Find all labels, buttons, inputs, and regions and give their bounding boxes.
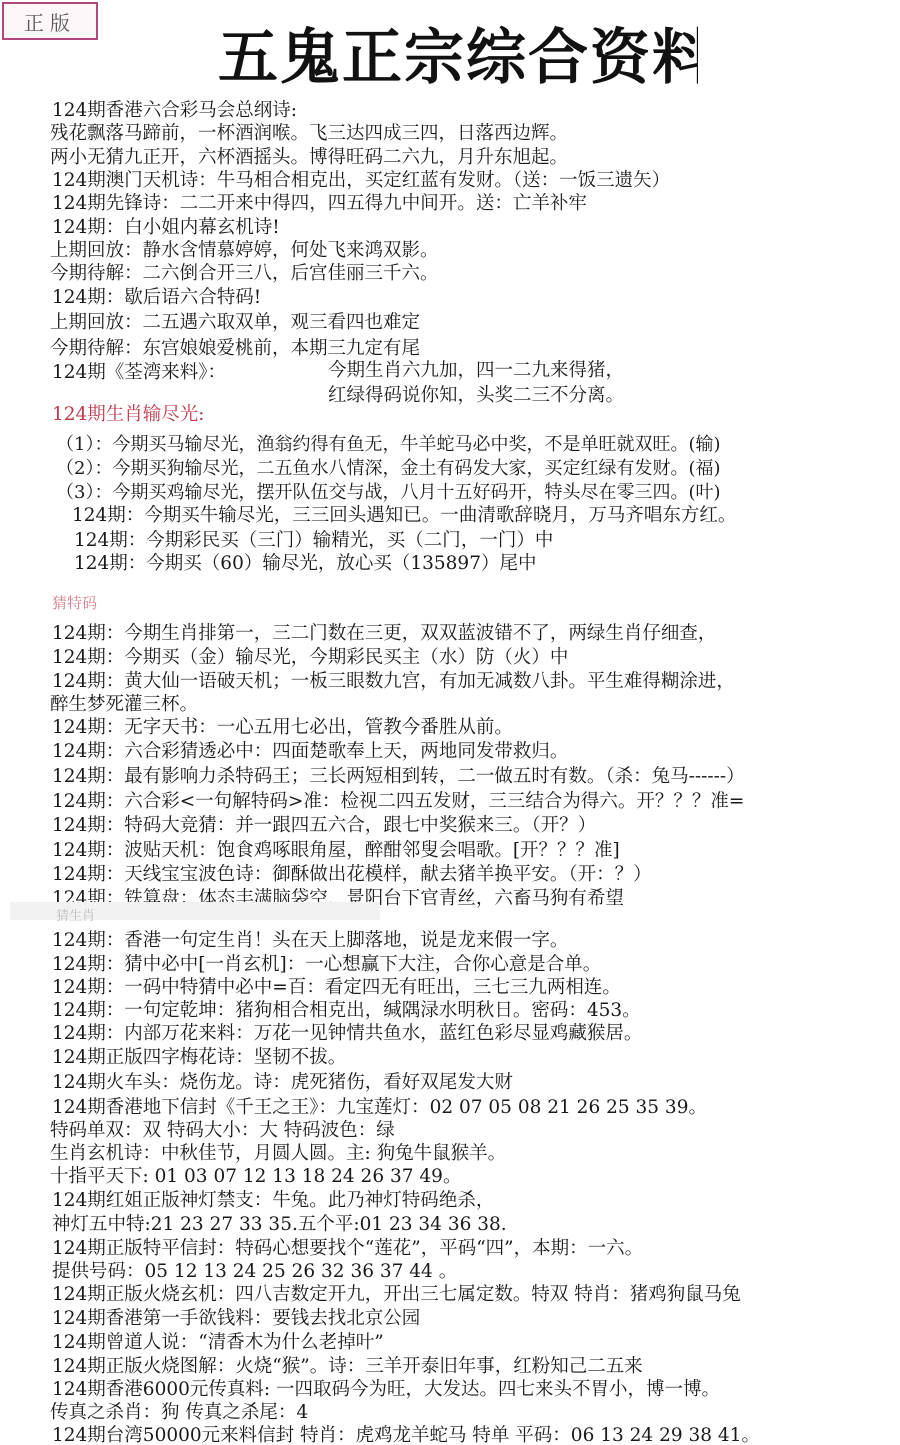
text-line: 传真之杀肖：狗 传真之杀尾：4 [50,1402,308,1424]
text-line: （1）：今期买马输尽光，渔翁约得有鱼无，牛羊蛇马必中奖，不是单旺就双旺。(输) [56,434,721,456]
text-line: 124期红姐正版神灯禁支：牛兔。此乃神灯特码绝杀， [52,1190,494,1212]
text-line: 124期曾道人说：“清香木为什么老掉叶” [52,1332,384,1354]
text-line: 124期：特码大竞猜：并一跟四五六合，跟七中奖猴来三。（开？） [52,815,596,837]
text-line: 124期澳门天机诗：牛马相合相克出，买定红蓝有发财。（送：一饭三遗矢） [52,170,670,192]
text-line: 124期：今期彩民买（三门）输精光，买（二门，一门）中 [74,530,553,552]
text-line: 124期先锋诗：二二开来中得四，四五得九中间开。送：亡羊补牢 [52,193,587,215]
text-line: 124期：六合彩<一句解特码>准：检视二四五发财，三三结合为得六。开？？？准= [52,791,744,813]
text-line: 124期：黄大仙一语破天机；一板三眼数九宫，有加无减数八卦。平生难得糊涂进， [52,671,735,693]
text-line: （3）：今期买鸡输尽光，摆开队伍交与战，八月十五好码开，特头尽在零三四。(叶) [56,482,721,504]
text-line: 124期香港六合彩马会总纲诗: [52,100,297,122]
text-line: 124期香港6000元传真料: 一四取码今为旺，大发达。四七来头不胃小，博一博。 [52,1379,720,1401]
text-line: 124期香港地下信封《千王之王》：九宝莲灯：02 07 05 08 21 26 … [52,1097,707,1119]
text-line: 124期火车头：烧伤龙。诗：虎死猪伤，看好双尾发大财 [52,1072,513,1094]
section-header: 猜生肖 [56,906,95,928]
section-header: 124期生肖输尽光: [52,404,205,426]
text-line: 124期：猜中必中[一肖玄机]：一心想赢下大注，合你心意是合单。 [52,954,601,976]
text-line: 124期：一码中特猜中必中=百：看定四无有旺出，三七三九两相连。 [52,977,621,999]
text-line: 今期待解：东宫娘娘爱桃前，本期三九定有尾 [50,338,420,360]
text-line: 124期：白小姐内幕玄机诗! [52,217,280,239]
quanwan-line: 今期生肖六九加，四一二九来得猪， [328,360,624,382]
text-line: 生肖玄机诗：中秋佳节，月圆人圆。主: 狗兔牛鼠猴羊。 [50,1143,506,1165]
text-line: 神灯五中特:21 23 27 33 35.五个平:01 23 34 36 38. [52,1214,507,1236]
text-line: 两小无猜九正开，六杯酒摇头。博得旺码二六九，月升东旭起。 [50,147,568,169]
text-line: 124期正版特平信封：特码心想要找个“莲花”，平码“四”，本期：一六。 [52,1238,643,1260]
quanwan-label: 124期《荃湾来料》： [52,362,226,384]
quanwan-line: 红绿得码说你知，头奖二三不分离。 [328,385,624,407]
text-line: 上期回放：二五遇六取双单，观三看四也难定 [50,312,420,334]
text-line: 124期：天线宝宝波色诗：御酥做出花模样，献去猪羊换平安。（开：？） [52,864,652,886]
text-line: 124期：今期生肖排第一，三二门数在三更，双双蓝波错不了，两绿生肖仔细查， [52,623,716,645]
text-line: 124期香港第一手欲钱料：要钱去找北京公园 [52,1308,420,1330]
text-line: 124期：最有影响力杀特码王；三长两短相到转，二一做五时有数。（杀：兔马----… [52,766,745,788]
text-line: 124期：六合彩猜透必中：四面楚歌奉上天，两地同发带救归。 [52,741,568,763]
section-header: 猜特码 [52,592,97,614]
text-line: 上期回放：静水含情慕婷婷，何处飞来鸿双影。 [50,240,439,262]
text-line: 124期：歇后语六合特码! [52,287,261,309]
text-line: 124期：无字天书：一心五用七必出，管教今番胜从前。 [52,717,513,739]
text-line: （2）：今期买狗输尽光，二五鱼水八情深，金土有码发大家，买定红绿有发财。(福) [56,458,721,480]
text-line: 特码单双：双 特码大小：大 特码波色：绿 [50,1120,395,1142]
text-line: 124期：一句定乾坤：猪狗相合相克出，缄隅渌水明秋日。密码：453。 [52,1000,641,1022]
text-line: 124期正版火烧玄机：四八吉数定开九，开出三七属定数。特双 特肖：猪鸡狗鼠马兔 [52,1284,741,1306]
text-line: 124期：今期买（金）输尽光，今期彩民买主（水）防（火）中 [52,647,568,669]
text-line: 醉生梦死灌三杯。 [50,694,198,716]
text-line: 残花飘落马蹄前，一杯酒润喉。飞三达四成三四，日落西边辉。 [50,123,568,145]
text-line: 124期：今期买牛输尽光，三三回头遇知已。一曲清歌辞晓月，万马齐唱东方红。 [72,505,736,527]
text-line: 124期正版四字梅花诗：坚韧不拔。 [52,1047,346,1069]
text-line: 124期：内部万花来料：万花一见钟情共鱼水，蓝红色彩尽显鸡藏猴居。 [52,1023,642,1045]
text-line: 十指平天下: 01 03 07 12 13 18 24 26 37 49。 [50,1166,461,1188]
text-line: 124期：波贴天机：饱食鸡啄眼角屋，醉酣邻叟会唱歌。[开？？？准] [52,840,620,862]
text-line: 124期台湾50000元来料信封 特肖：虎鸡龙羊蛇马 特单 平码：06 13 2… [52,1425,760,1445]
title-clip-mask [698,15,900,100]
text-line: 今期待解：二六倒合开三八，后宫佳丽三千六。 [50,263,439,285]
text-line: 124期：今期买（60）输尽光，放心买（135897）尾中 [74,553,536,575]
text-line: 124期：香港一句定生肖！头在天上脚落地，说是龙来假一字。 [52,930,568,952]
text-line: 提供号码：05 12 13 24 25 26 32 36 37 44 。 [52,1261,457,1283]
text-line: 124期正版火烧图解：火烧“猴”。诗：三羊开泰旧年事，红粉知己二五来 [52,1356,643,1378]
official-badge: 正版 [2,2,98,40]
